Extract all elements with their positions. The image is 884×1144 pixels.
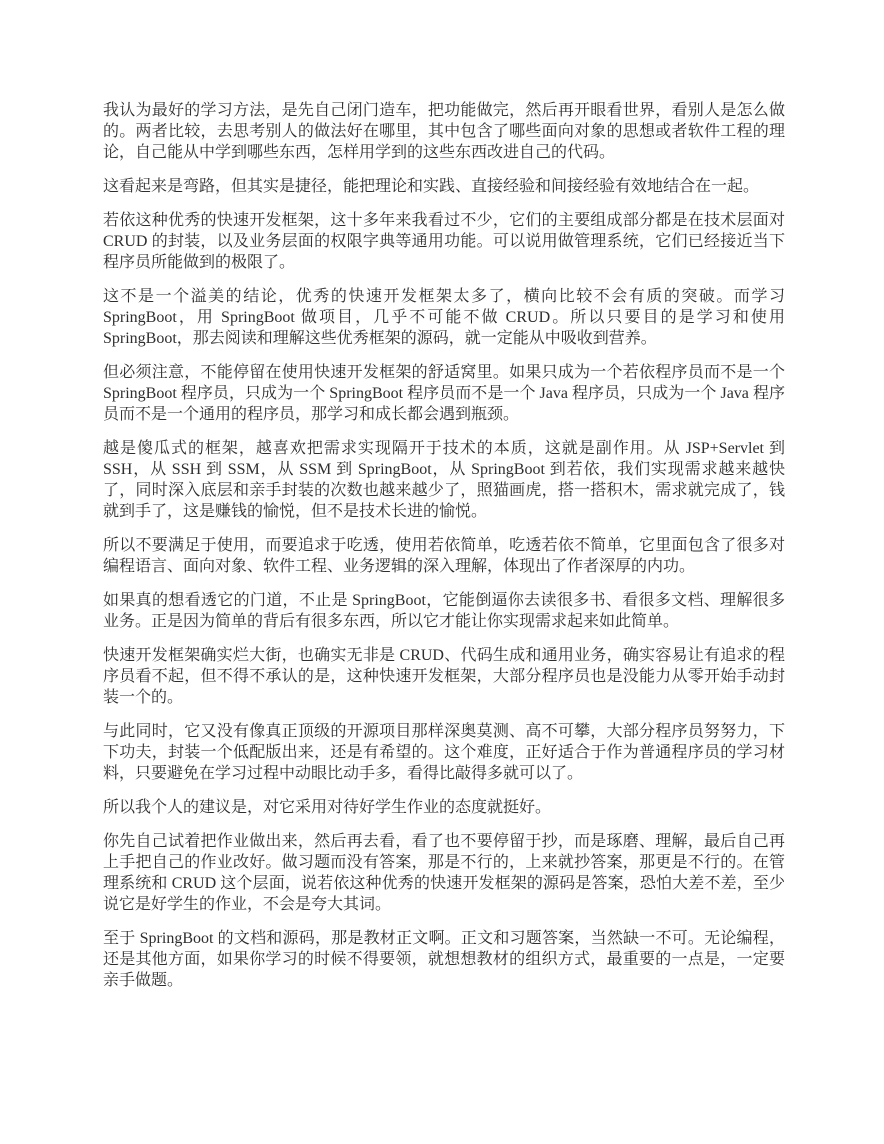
paragraph: 快速开发框架确实烂大街，也确实无非是 CRUD、代码生成和通用业务，确实容易让有… [103, 645, 785, 708]
paragraph: 你先自己试着把作业做出来，然后再去看，看了也不要停留于抄，而是琢磨、理解，最后自… [103, 831, 785, 915]
paragraph: 所以不要满足于使用，而要追求于吃透，使用若依简单，吃透若依不简单，它里面包含了很… [103, 535, 785, 577]
paragraph: 这看起来是弯路，但其实是捷径，能把理论和实践、直接经验和间接经验有效地结合在一起… [103, 176, 785, 197]
paragraph: 所以我个人的建议是，对它采用对待好学生作业的态度就挺好。 [103, 797, 785, 818]
paragraph: 但必须注意，不能停留在使用快速开发框架的舒适窝里。如果只成为一个若依程序员而不是… [103, 362, 785, 425]
paragraph: 与此同时，它又没有像真正顶级的开源项目那样深奥莫测、高不可攀，大部分程序员努努力… [103, 721, 785, 784]
paragraph: 越是傻瓜式的框架，越喜欢把需求实现隔开于技术的本质，这就是副作用。从 JSP+S… [103, 438, 785, 522]
text-content: 我认为最好的学习方法，是先自己闭门造车，把功能做完，然后再开眼看世界，看别人是怎… [103, 100, 785, 991]
paragraph: 至于 SpringBoot 的文档和源码，那是教材正文啊。正文和习题答案，当然缺… [103, 928, 785, 991]
paragraph: 我认为最好的学习方法，是先自己闭门造车，把功能做完，然后再开眼看世界，看别人是怎… [103, 100, 785, 163]
paragraph: 这不是一个溢美的结论，优秀的快速开发框架太多了，横向比较不会有质的突破。而学习 … [103, 286, 785, 349]
paragraph: 如果真的想看透它的门道，不止是 SpringBoot，它能倒逼你去读很多书、看很… [103, 590, 785, 632]
document-page: 我认为最好的学习方法，是先自己闭门造车，把功能做完，然后再开眼看世界，看别人是怎… [0, 0, 884, 1144]
paragraph: 若依这种优秀的快速开发框架，这十多年来我看过不少，它们的主要组成部分都是在技术层… [103, 210, 785, 273]
